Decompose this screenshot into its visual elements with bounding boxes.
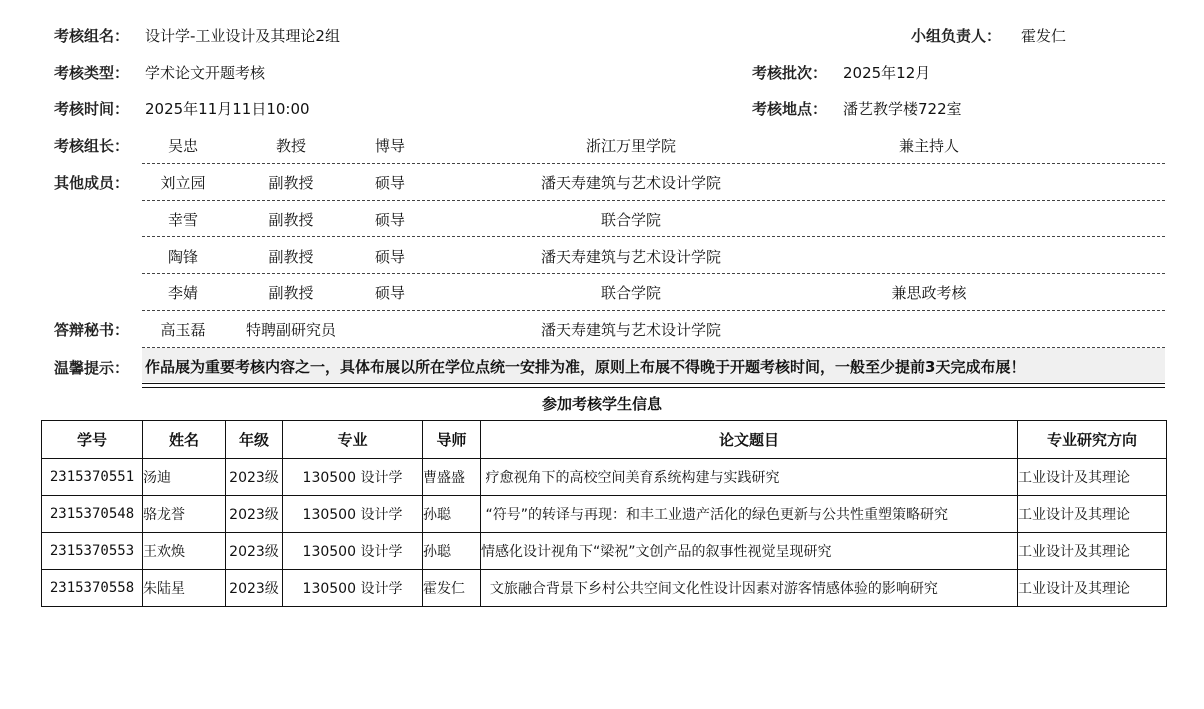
dotted-divider bbox=[142, 310, 1165, 311]
student-thesis: 文旅融合背景下乡村公共空间文化性设计因素对游客情感体验的影响研究 bbox=[481, 570, 1018, 607]
table-header-row: 学号 姓名 年级 专业 导师 论文题目 专业研究方向 bbox=[42, 421, 1167, 459]
column-header-grade: 年级 bbox=[226, 421, 283, 459]
table-row: 2315370548 骆龙誉 2023级 130500 设计学 孙聪 “符号”的… bbox=[42, 496, 1167, 533]
batch-value: 2025年12月 bbox=[843, 62, 930, 83]
type-value: 学术论文开题考核 bbox=[145, 62, 265, 83]
leader-in-charge-value: 霍发仁 bbox=[1021, 25, 1066, 46]
member-supervisor: 博导 bbox=[350, 135, 430, 156]
member-title: 副教授 bbox=[251, 172, 331, 193]
group-name-value: 设计学-工业设计及其理论2组 bbox=[145, 25, 340, 46]
dotted-divider bbox=[142, 163, 1165, 164]
member-supervisor: 硕导 bbox=[350, 209, 430, 230]
secretary-title: 特聘副研究员 bbox=[231, 319, 351, 340]
time-value: 2025年11月11日10:00 bbox=[145, 98, 310, 119]
student-advisor: 孙聪 bbox=[423, 496, 481, 533]
secretary-label: 答辩秘书： bbox=[54, 319, 129, 340]
column-header-major: 专业 bbox=[283, 421, 423, 459]
student-grade: 2023级 bbox=[226, 570, 283, 607]
student-grade: 2023级 bbox=[226, 533, 283, 570]
student-advisor: 霍发仁 bbox=[423, 570, 481, 607]
double-divider bbox=[142, 383, 1165, 388]
student-major: 130500 设计学 bbox=[283, 533, 423, 570]
member-title: 副教授 bbox=[251, 246, 331, 267]
member-college: 潘天寿建筑与艺术设计学院 bbox=[481, 172, 781, 193]
member-college: 联合学院 bbox=[481, 282, 781, 303]
student-direction: 工业设计及其理论 bbox=[1018, 459, 1167, 496]
table-row: 2315370553 王欢焕 2023级 130500 设计学 孙聪 情感化设计… bbox=[42, 533, 1167, 570]
leader-in-charge-label: 小组负责人： bbox=[911, 25, 1001, 46]
member-name: 刘立园 bbox=[143, 172, 223, 193]
member-supervisor: 硕导 bbox=[350, 246, 430, 267]
student-name: 汤迪 bbox=[143, 459, 226, 496]
students-table: 学号 姓名 年级 专业 导师 论文题目 专业研究方向 2315370551 汤迪… bbox=[41, 420, 1167, 607]
member-supervisor: 硕导 bbox=[350, 282, 430, 303]
table-row: 2315370551 汤迪 2023级 130500 设计学 曹盛盛 疗愈视角下… bbox=[42, 459, 1167, 496]
table-row: 2315370558 朱陆星 2023级 130500 设计学 霍发仁 文旅融合… bbox=[42, 570, 1167, 607]
secretary-name: 高玉磊 bbox=[143, 319, 223, 340]
student-thesis: 疗愈视角下的高校空间美育系统构建与实践研究 bbox=[481, 459, 1018, 496]
dotted-divider bbox=[142, 200, 1165, 201]
member-college: 联合学院 bbox=[481, 209, 781, 230]
column-header-id: 学号 bbox=[42, 421, 143, 459]
student-thesis: “符号”的转译与再现：和丰工业遗产活化的绿色更新与公共性重塑策略研究 bbox=[481, 496, 1018, 533]
student-name: 朱陆星 bbox=[143, 570, 226, 607]
column-header-advisor: 导师 bbox=[423, 421, 481, 459]
chair-label: 考核组长： bbox=[54, 135, 129, 156]
student-direction: 工业设计及其理论 bbox=[1018, 570, 1167, 607]
member-title: 教授 bbox=[251, 135, 331, 156]
student-grade: 2023级 bbox=[226, 496, 283, 533]
tip-label: 温馨提示： bbox=[54, 357, 129, 378]
student-advisor: 曹盛盛 bbox=[423, 459, 481, 496]
column-header-direction: 专业研究方向 bbox=[1018, 421, 1167, 459]
student-direction: 工业设计及其理论 bbox=[1018, 533, 1167, 570]
member-note: 兼主持人 bbox=[829, 135, 1029, 156]
student-direction: 工业设计及其理论 bbox=[1018, 496, 1167, 533]
dotted-divider bbox=[142, 273, 1165, 274]
student-grade: 2023级 bbox=[226, 459, 283, 496]
member-title: 副教授 bbox=[251, 282, 331, 303]
dotted-divider bbox=[142, 236, 1165, 237]
group-name-label: 考核组名： bbox=[54, 25, 129, 46]
student-major: 130500 设计学 bbox=[283, 459, 423, 496]
student-id: 2315370553 bbox=[42, 533, 143, 570]
student-id: 2315370551 bbox=[42, 459, 143, 496]
members-label: 其他成员： bbox=[54, 172, 129, 193]
student-name: 王欢焕 bbox=[143, 533, 226, 570]
member-college: 浙江万里学院 bbox=[481, 135, 781, 156]
member-name: 李婧 bbox=[143, 282, 223, 303]
student-id: 2315370558 bbox=[42, 570, 143, 607]
secretary-college: 潘天寿建筑与艺术设计学院 bbox=[481, 319, 781, 340]
batch-label: 考核批次： bbox=[752, 62, 827, 83]
location-value: 潘艺教学楼722室 bbox=[843, 98, 962, 119]
students-section-title: 参加考核学生信息 bbox=[0, 393, 1204, 414]
member-title: 副教授 bbox=[251, 209, 331, 230]
student-name: 骆龙誉 bbox=[143, 496, 226, 533]
member-supervisor: 硕导 bbox=[350, 172, 430, 193]
student-id: 2315370548 bbox=[42, 496, 143, 533]
type-label: 考核类型： bbox=[54, 62, 129, 83]
member-name: 吴忠 bbox=[143, 135, 223, 156]
column-header-thesis: 论文题目 bbox=[481, 421, 1018, 459]
column-header-name: 姓名 bbox=[143, 421, 226, 459]
tip-text: 作品展为重要考核内容之一，具体布展以所在学位点统一安排为准，原则上布展不得晚于开… bbox=[145, 356, 1025, 377]
member-college: 潘天寿建筑与艺术设计学院 bbox=[481, 246, 781, 267]
location-label: 考核地点： bbox=[752, 98, 827, 119]
student-thesis: 情感化设计视角下“梁祝”文创产品的叙事性视觉呈现研究 bbox=[481, 533, 1018, 570]
member-name: 陶锋 bbox=[143, 246, 223, 267]
student-major: 130500 设计学 bbox=[283, 570, 423, 607]
time-label: 考核时间： bbox=[54, 98, 129, 119]
student-advisor: 孙聪 bbox=[423, 533, 481, 570]
member-note: 兼思政考核 bbox=[829, 282, 1029, 303]
student-major: 130500 设计学 bbox=[283, 496, 423, 533]
member-name: 幸雪 bbox=[143, 209, 223, 230]
